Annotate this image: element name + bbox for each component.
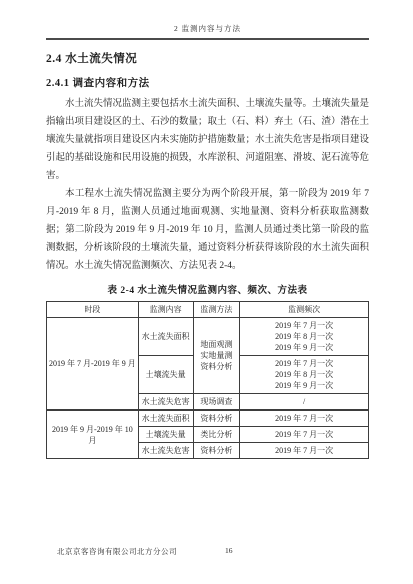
content-cell: 水土流失危害: [138, 394, 193, 411]
column-header-method: 监测方法: [193, 302, 240, 318]
table-row: 2019 年 7 月-2019 年 9 月 水土流失面积 地面观测 实地量测 资…: [47, 318, 369, 356]
page-number: 16: [225, 546, 233, 555]
frequency-cell: 2019 年 7 月一次: [240, 443, 369, 459]
page-content: 2 监测内容与方法 2.4 水土流失情况 2.4.1 调查内容和方法 水土流失情…: [46, 0, 369, 459]
method-cell: 现场调查: [193, 394, 240, 411]
monitoring-table: 时段 监测内容 监测方法 监测频次 2019 年 7 月-2019 年 9 月 …: [46, 301, 369, 459]
method-cell: 地面观测 实地量测 资料分析: [193, 318, 240, 394]
frequency-cell: 2019 年 7 月一次 2019 年 8 月一次 2019 年 9 月一次: [240, 318, 369, 356]
frequency-cell: /: [240, 394, 369, 411]
period-cell: 2019 年 7 月-2019 年 9 月: [47, 318, 139, 411]
frequency-cell: 2019 年 7 月一次 2019 年 8 月一次 2019 年 9 月一次: [240, 356, 369, 394]
column-header-content: 监测内容: [138, 302, 193, 318]
section-heading: 2.4 水土流失情况: [46, 50, 369, 66]
subsection-heading: 2.4.1 调查内容和方法: [46, 75, 369, 90]
page-footer: 北京京客咨询有限公司北方分公司 16: [46, 546, 369, 556]
period-cell: 2019 年 9 月-2019 年 10 月: [47, 410, 139, 459]
paragraph-1: 水土流失情况监测主要包括水土流失面积、土壤流失量等。土壤流失量是指输出项目建设区…: [46, 95, 369, 185]
table-header-row: 时段 监测内容 监测方法 监测频次: [47, 302, 369, 318]
content-cell: 土壤流失量: [138, 356, 193, 394]
method-cell: 类比分析: [193, 427, 240, 443]
document-page: 2 监测内容与方法 2.4 水土流失情况 2.4.1 调查内容和方法 水土流失情…: [0, 0, 413, 584]
content-cell: 水土流失面积: [138, 318, 193, 356]
method-cell: 资料分析: [193, 410, 240, 427]
table-title: 表 2-4 水土流失情况监测内容、频次、方法表: [46, 282, 369, 296]
frequency-cell: 2019 年 7 月一次: [240, 410, 369, 427]
running-header: 2 监测内容与方法: [46, 0, 369, 40]
column-header-period: 时段: [47, 302, 139, 318]
table-row: 2019 年 9 月-2019 年 10 月 水土流失面积 资料分析 2019 …: [47, 410, 369, 427]
paragraph-2: 本工程水土流失情况监测主要分为两个阶段开展，第一阶段为 2019 年 7 月-2…: [46, 185, 369, 275]
frequency-cell: 2019 年 7 月一次: [240, 427, 369, 443]
content-cell: 水土流失危害: [138, 443, 193, 459]
method-cell: 资料分析: [193, 443, 240, 459]
content-cell: 水土流失面积: [138, 410, 193, 427]
footer-company-name: 北京京客咨询有限公司北方分公司: [57, 547, 177, 556]
column-header-frequency: 监测频次: [240, 302, 369, 318]
content-cell: 土壤流失量: [138, 427, 193, 443]
